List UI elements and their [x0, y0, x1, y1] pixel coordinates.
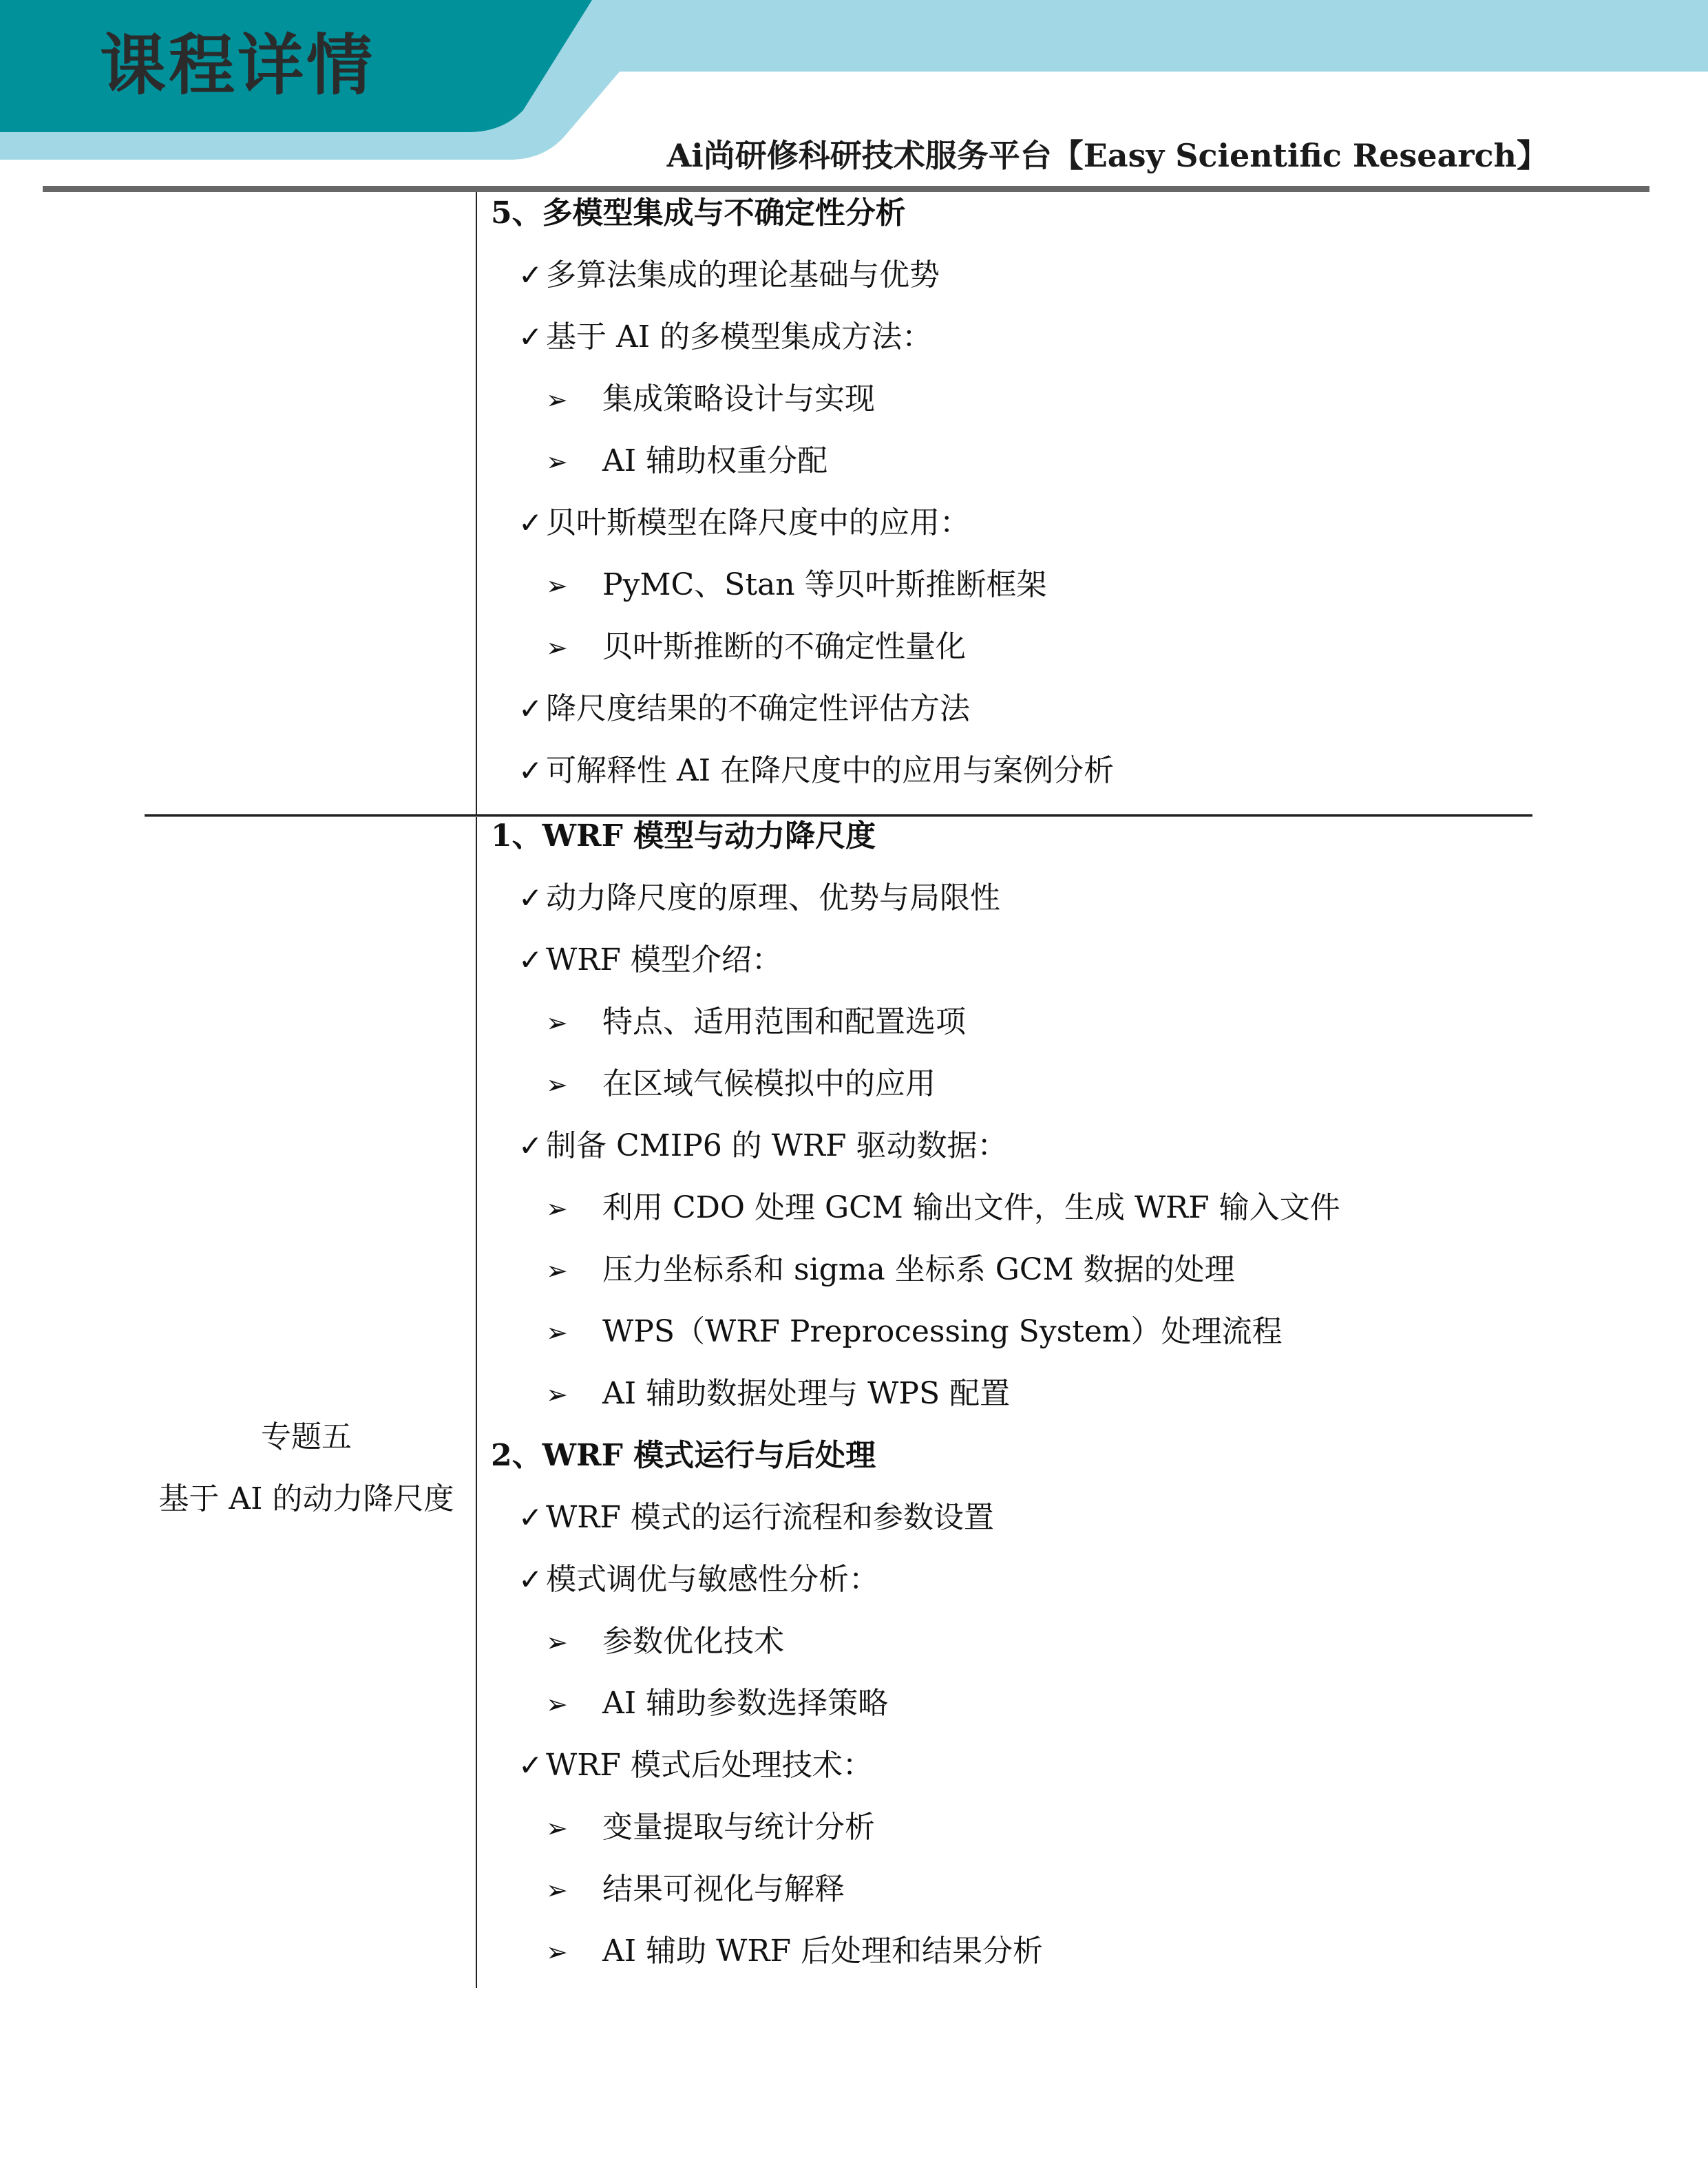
section-heading: 2、WRF 模式运行与后处理 [491, 1435, 876, 1476]
arrow-bullet-icon: ➢ [546, 1622, 602, 1663]
list-subitem: ➢特点、适用范围和配置选项 [546, 1002, 966, 1044]
section-heading: 1、WRF 模型与动力降尺度 [491, 816, 876, 857]
list-subitem: ➢AI 辅助权重分配 [546, 441, 827, 483]
list-item: ✓模式调优与敏感性分析： [518, 1559, 879, 1600]
list-item: ✓多算法集成的理论基础与优势 [518, 255, 940, 296]
list-item: ✓基于 AI 的多模型集成方法： [518, 317, 932, 358]
section-heading: 5、多模型集成与不确定性分析 [491, 193, 906, 234]
arrow-bullet-icon: ➢ [546, 379, 602, 421]
list-subitem: ➢结果可视化与解释 [546, 1869, 845, 1911]
check-icon: ✓ [518, 878, 546, 919]
page-title: 课程详情 [100, 21, 375, 110]
arrow-bullet-icon: ➢ [546, 1808, 602, 1849]
list-item: ✓WRF 模式后处理技术： [518, 1745, 873, 1786]
list-subitem: ➢贝叶斯推断的不确定性量化 [546, 626, 966, 668]
list-item: ✓WRF 模型介绍： [518, 940, 782, 981]
topic-name: 基于 AI 的动力降尺度 [145, 1479, 468, 1520]
topic-label: 专题五 [145, 1417, 468, 1458]
list-subitem: ➢集成策略设计与实现 [546, 379, 875, 421]
arrow-bullet-icon: ➢ [546, 1374, 602, 1415]
list-subitem: ➢参数优化技术 [546, 1621, 784, 1663]
arrow-bullet-icon: ➢ [546, 441, 602, 483]
arrow-bullet-icon: ➢ [546, 1684, 602, 1725]
check-icon: ✓ [518, 1125, 546, 1167]
arrow-bullet-icon: ➢ [546, 1250, 602, 1291]
check-icon: ✓ [518, 688, 546, 730]
list-item: ✓贝叶斯模型在降尺度中的应用： [518, 502, 970, 544]
list-subitem: ➢AI 辅助 WRF 后处理和结果分析 [546, 1931, 1043, 1973]
arrow-bullet-icon: ➢ [546, 1312, 602, 1353]
arrow-bullet-icon: ➢ [546, 1869, 602, 1911]
check-icon: ✓ [518, 255, 546, 296]
list-subitem: ➢利用 CDO 处理 GCM 输出文件，生成 WRF 输入文件 [546, 1187, 1340, 1229]
list-item: ✓动力降尺度的原理、优势与局限性 [518, 878, 1000, 919]
arrow-bullet-icon: ➢ [546, 1002, 602, 1044]
header-divider [43, 186, 1649, 192]
list-subitem: ➢压力坐标系和 sigma 坐标系 GCM 数据的处理 [546, 1249, 1235, 1291]
platform-name: Ai尚研修科研技术服务平台【Easy Scientific Research】 [667, 135, 1548, 176]
check-icon: ✓ [518, 1559, 546, 1600]
check-icon: ✓ [518, 317, 546, 358]
list-item: ✓WRF 模式的运行流程和参数设置 [518, 1497, 994, 1538]
arrow-bullet-icon: ➢ [546, 1188, 602, 1229]
list-subitem: ➢WPS（WRF Preprocessing System）处理流程 [546, 1311, 1283, 1353]
list-subitem: ➢AI 辅助数据处理与 WPS 配置 [546, 1373, 1010, 1415]
check-icon: ✓ [518, 940, 546, 981]
check-icon: ✓ [518, 1745, 546, 1786]
list-subitem: ➢AI 辅助参数选择策略 [546, 1683, 888, 1725]
arrow-bullet-icon: ➢ [546, 1064, 602, 1105]
check-icon: ✓ [518, 502, 546, 544]
list-item: ✓制备 CMIP6 的 WRF 驱动数据： [518, 1125, 1008, 1167]
list-subitem: ➢在区域气候模拟中的应用 [546, 1063, 936, 1105]
check-icon: ✓ [518, 750, 546, 792]
list-subitem: ➢变量提取与统计分析 [546, 1807, 875, 1849]
arrow-bullet-icon: ➢ [546, 1931, 602, 1973]
list-subitem: ➢PyMC、Stan 等贝叶斯推断框架 [546, 564, 1047, 606]
arrow-bullet-icon: ➢ [546, 565, 602, 606]
table-column-divider [476, 192, 477, 1988]
list-item: ✓降尺度结果的不确定性评估方法 [518, 688, 970, 730]
arrow-bullet-icon: ➢ [546, 627, 602, 668]
list-item: ✓可解释性 AI 在降尺度中的应用与案例分析 [518, 750, 1114, 792]
check-icon: ✓ [518, 1497, 546, 1538]
